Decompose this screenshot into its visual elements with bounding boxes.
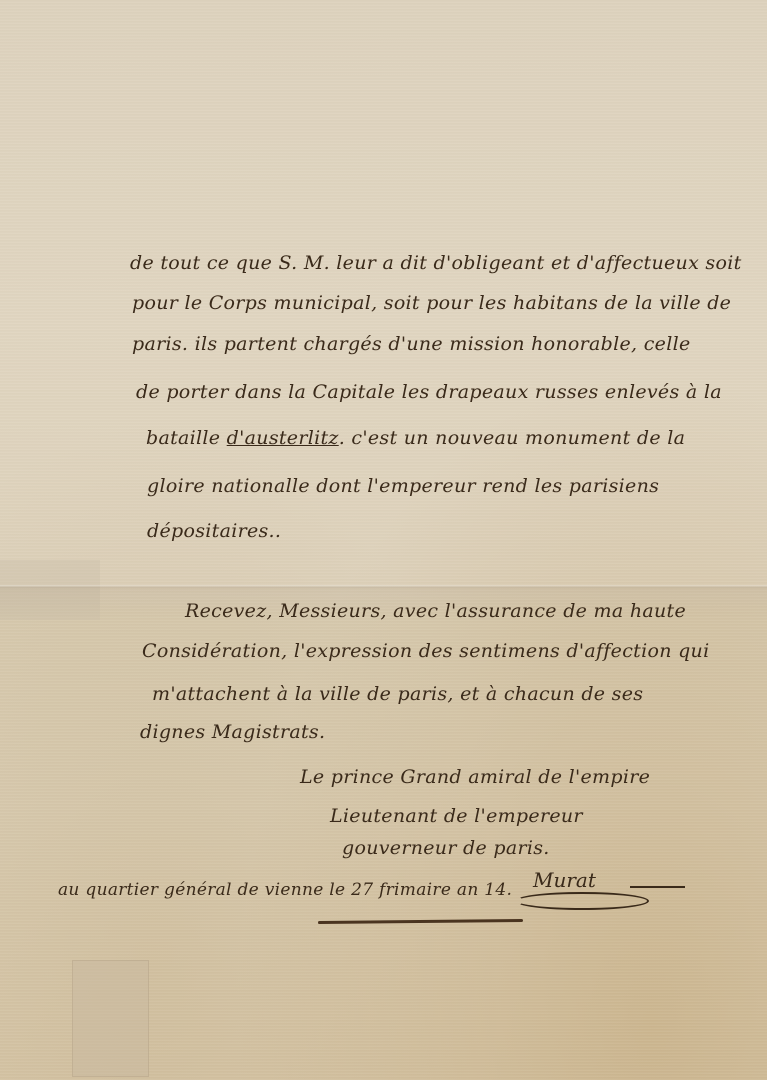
closing-title-line: gouverneur de paris. bbox=[342, 837, 550, 859]
dateline: au quartier général de vienne le 27 frim… bbox=[58, 880, 512, 900]
text-line: de porter dans la Capitale les drapeaux … bbox=[136, 381, 722, 403]
signature: Murat bbox=[515, 864, 685, 912]
text-line: dignes Magistrats. bbox=[140, 721, 325, 743]
text-line: paris. ils partent chargés d'une mission… bbox=[132, 333, 691, 355]
text-line: de tout ce que S. M. leur a dit d'oblige… bbox=[130, 252, 742, 274]
underline-flourish bbox=[318, 919, 523, 924]
text-line: Considération, l'expression des sentimen… bbox=[142, 640, 709, 662]
signature-flourish bbox=[515, 892, 649, 910]
text-line: dépositaires.. bbox=[147, 520, 281, 542]
signature-flourish bbox=[630, 886, 685, 888]
text-line: Recevez, Messieurs, avec l'assurance de … bbox=[185, 600, 686, 622]
closing-title-line: Le prince Grand amiral de l'empire bbox=[300, 766, 650, 788]
text-line: bataille d'austerlitz. c'est un nouveau … bbox=[146, 427, 685, 449]
text-line: pour le Corps municipal, soit pour les h… bbox=[132, 292, 731, 314]
underlined-word: d'austerlitz bbox=[227, 427, 339, 449]
text-line: m'attachent à la ville de paris, et à ch… bbox=[152, 683, 643, 705]
closing-title-line: Lieutenant de l'empereur bbox=[330, 805, 583, 827]
paper-fold-line bbox=[0, 585, 767, 588]
paper-repair-patch bbox=[72, 960, 149, 1077]
text-line: gloire nationalle dont l'empereur rend l… bbox=[147, 475, 659, 497]
manuscript-page: de tout ce que S. M. leur a dit d'oblige… bbox=[0, 0, 767, 1080]
signature-name: Murat bbox=[533, 868, 596, 892]
text-line-content: bataille d'austerlitz. c'est un nouveau … bbox=[146, 427, 685, 449]
